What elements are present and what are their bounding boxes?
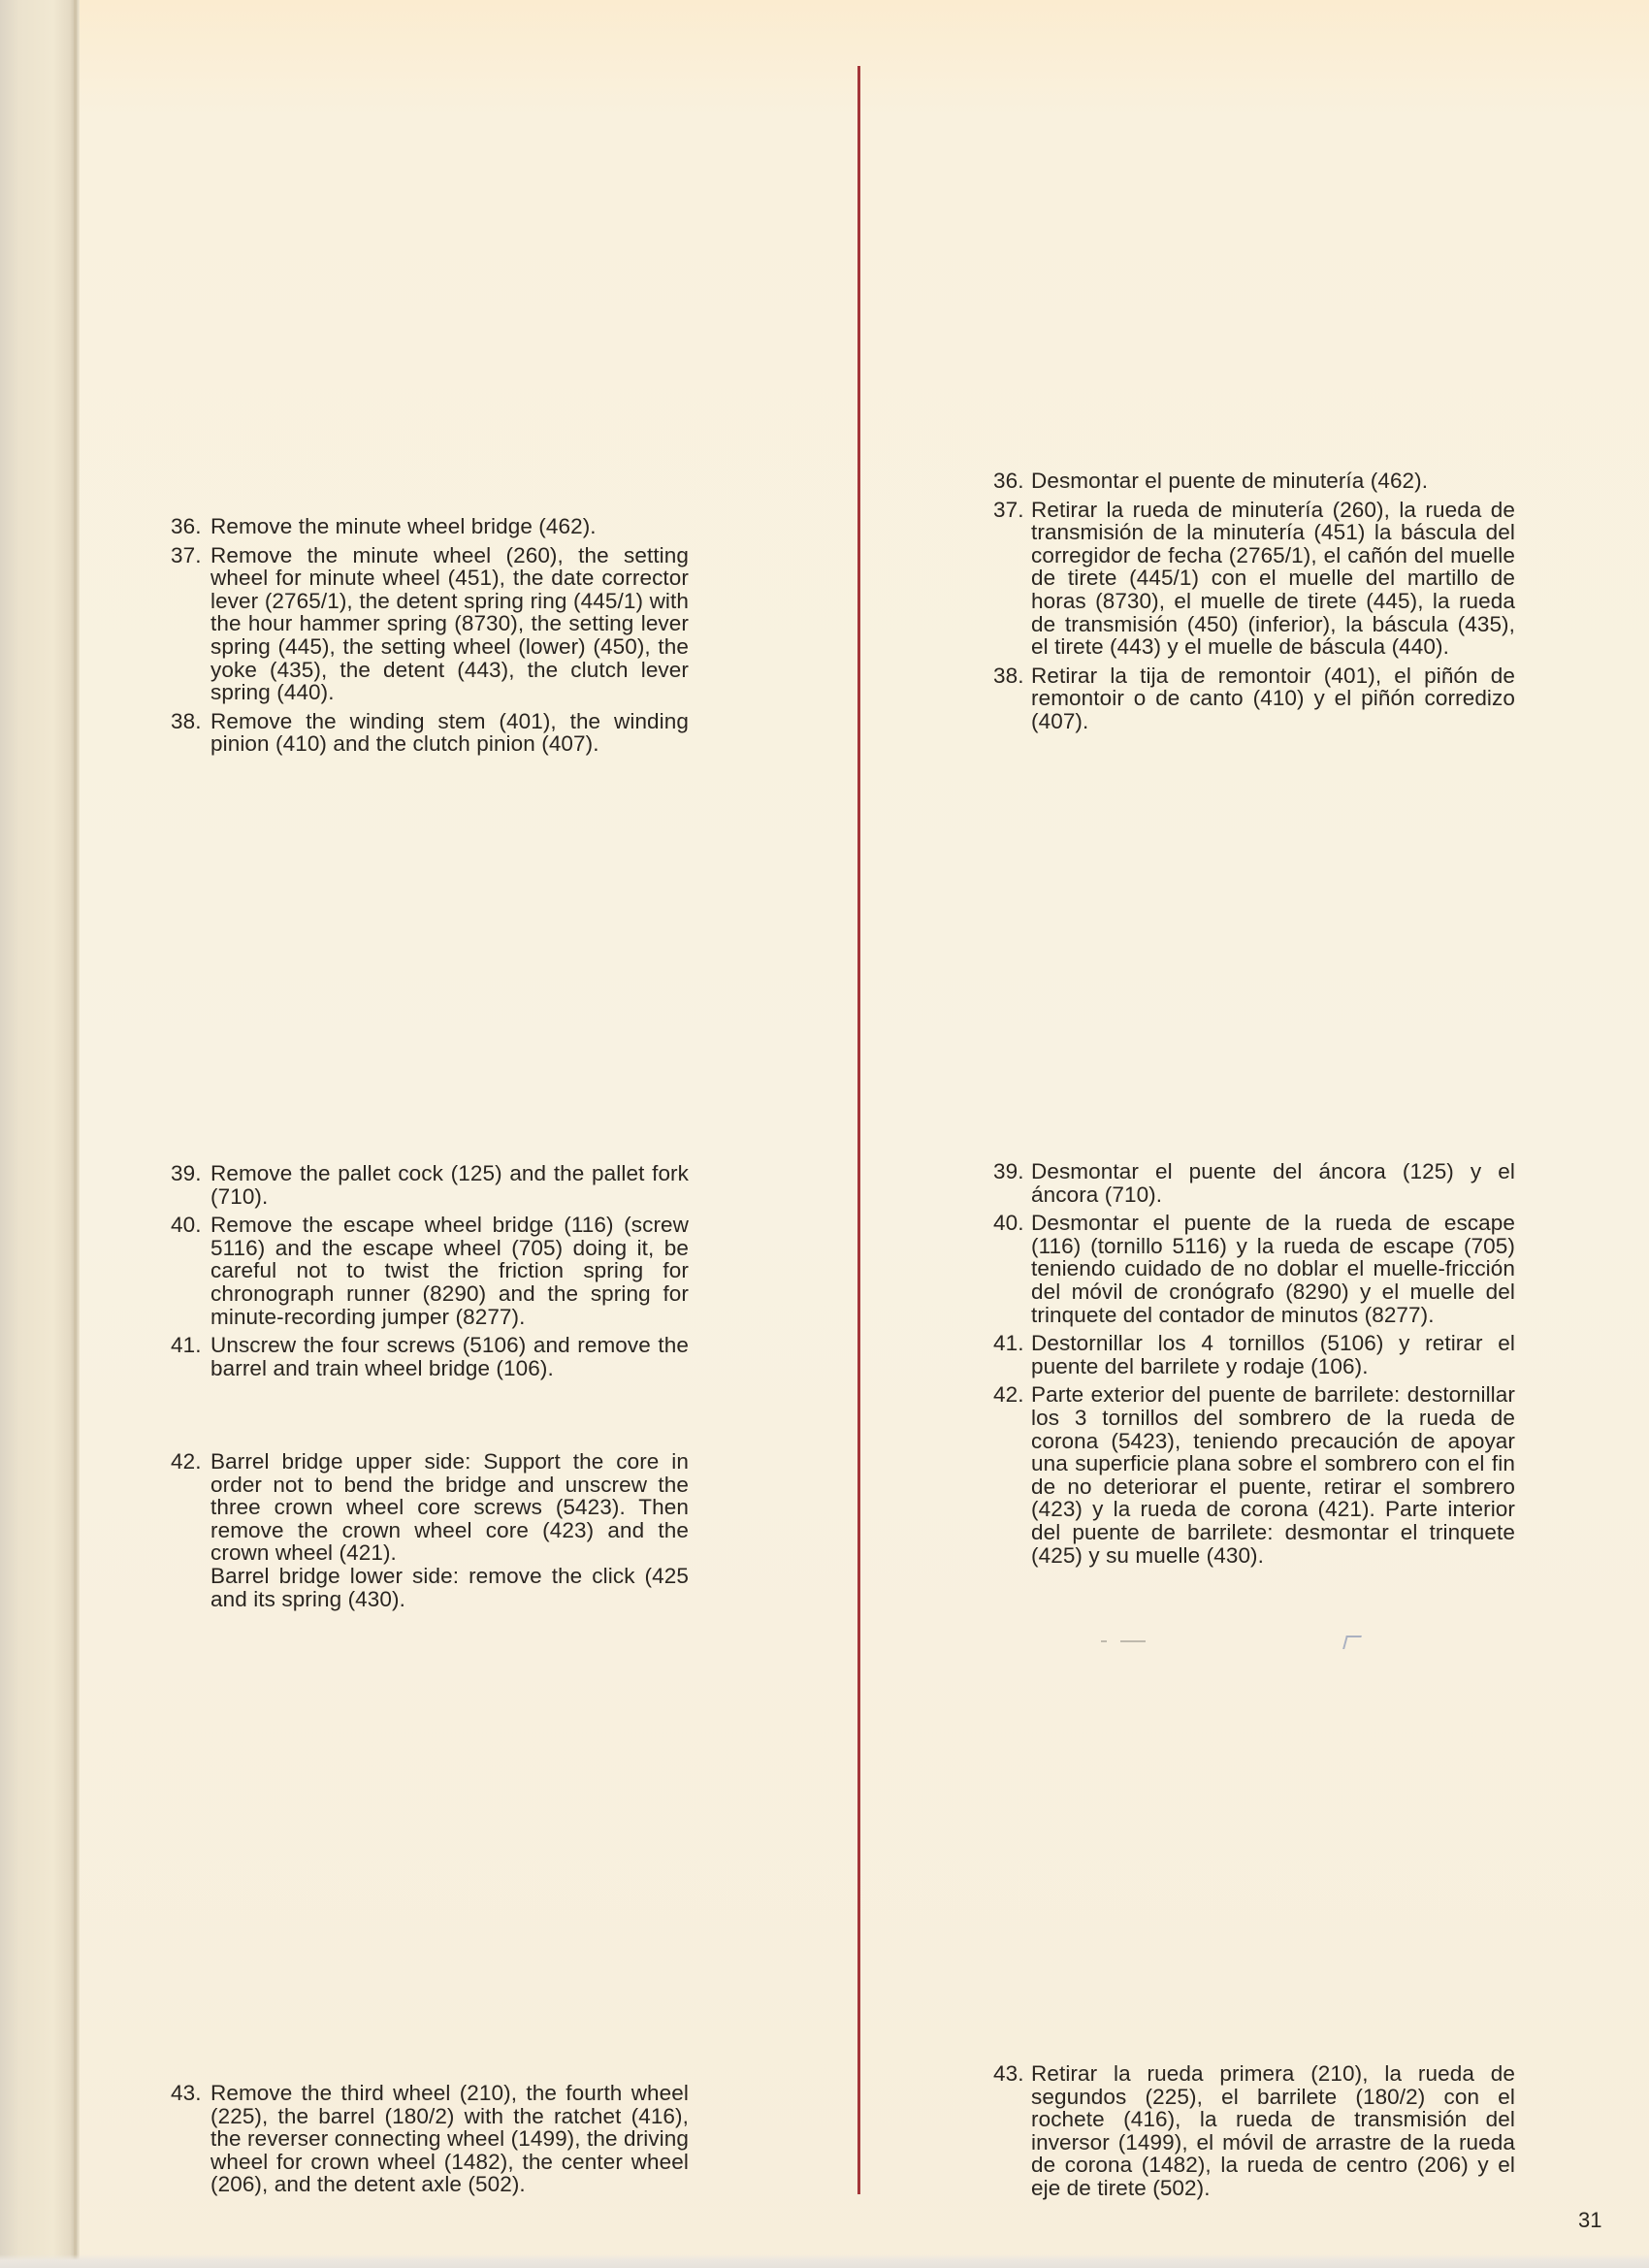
item-text: Parte exterior del puente de barrilete: … bbox=[1031, 1383, 1515, 1567]
item-text: Desmontar el puente de minutería (462). bbox=[1031, 470, 1515, 493]
list-item: 36. Desmontar el puente de minutería (46… bbox=[993, 470, 1515, 493]
item-text: Destornillar los 4 tornillos (5106) y re… bbox=[1031, 1332, 1515, 1377]
page-number: 31 bbox=[1578, 2208, 1601, 2233]
item-number: 36. bbox=[171, 515, 202, 538]
item-text: Remove the escape wheel bridge (116) (sc… bbox=[210, 1214, 689, 1328]
item-number: 42. bbox=[171, 1450, 202, 1474]
item-number: 36. bbox=[993, 470, 1024, 493]
list-item: 43. Retirar la rueda primera (210), la r… bbox=[993, 2062, 1515, 2200]
item-number: 42. bbox=[993, 1383, 1024, 1407]
english-block-2: 39. Remove the pallet cock (125) and the… bbox=[171, 1162, 689, 1385]
item-number: 41. bbox=[171, 1334, 202, 1357]
item-text: Desmontar el puente del áncora (125) y e… bbox=[1031, 1160, 1515, 1206]
list-item: 39. Desmontar el puente del áncora (125)… bbox=[993, 1160, 1515, 1206]
item-text: Retirar la rueda de minutería (260), la … bbox=[1031, 499, 1515, 659]
item-text-continued: Barrel bridge lower side: remove the cli… bbox=[210, 1565, 689, 1610]
list-item: 40. Desmontar el puente de la rueda de e… bbox=[993, 1212, 1515, 1326]
print-artifact bbox=[1342, 1636, 1362, 1649]
binding-shadow bbox=[0, 0, 80, 2268]
item-text: Retirar la rueda primera (210), la rueda… bbox=[1031, 2062, 1515, 2200]
english-block-3: 42. Barrel bridge upper side: Support th… bbox=[171, 1450, 689, 1616]
list-item: 37. Remove the minute wheel (260), the s… bbox=[171, 544, 689, 704]
print-artifact bbox=[1120, 1640, 1146, 1642]
spanish-block-2: 39. Desmontar el puente del áncora (125)… bbox=[993, 1160, 1515, 1572]
page-bottom-edge bbox=[0, 2254, 1649, 2268]
item-number: 38. bbox=[171, 710, 202, 733]
item-text: Remove the pallet cock (125) and the pal… bbox=[210, 1162, 689, 1208]
item-number: 41. bbox=[993, 1332, 1024, 1355]
item-number: 39. bbox=[171, 1162, 202, 1185]
spanish-block-4: 43. Retirar la rueda primera (210), la r… bbox=[993, 2062, 1515, 2206]
item-text: Unscrew the four screws (5106) and remov… bbox=[210, 1334, 689, 1379]
item-text: Desmontar el puente de la rueda de escap… bbox=[1031, 1212, 1515, 1326]
spanish-block-1: 36. Desmontar el puente de minutería (46… bbox=[993, 470, 1515, 739]
item-number: 37. bbox=[171, 544, 202, 567]
list-item: 37. Retirar la rueda de minutería (260),… bbox=[993, 499, 1515, 659]
item-number: 39. bbox=[993, 1160, 1024, 1183]
item-text: Remove the minute wheel (260), the setti… bbox=[210, 544, 689, 704]
list-item: 42. Barrel bridge upper side: Support th… bbox=[171, 1450, 689, 1610]
list-item: 36. Remove the minute wheel bridge (462)… bbox=[171, 515, 689, 538]
item-text: Remove the third wheel (210), the fourth… bbox=[210, 2082, 689, 2196]
item-text: Barrel bridge upper side: Support the co… bbox=[210, 1450, 689, 1565]
item-text: Remove the winding stem (401), the windi… bbox=[210, 710, 689, 756]
binding-fold bbox=[74, 0, 77, 2268]
english-block-4: 43. Remove the third wheel (210), the fo… bbox=[171, 2082, 689, 2202]
list-item: 38. Remove the winding stem (401), the w… bbox=[171, 710, 689, 756]
print-artifact bbox=[1101, 1640, 1107, 1642]
english-block-1: 36. Remove the minute wheel bridge (462)… bbox=[171, 515, 689, 761]
item-number: 43. bbox=[993, 2062, 1024, 2086]
item-text: Retirar la tija de remontoir (401), el p… bbox=[1031, 664, 1515, 733]
item-number: 40. bbox=[993, 1212, 1024, 1235]
column-divider bbox=[857, 66, 860, 2194]
list-item: 38. Retirar la tija de remontoir (401), … bbox=[993, 664, 1515, 733]
list-item: 43. Remove the third wheel (210), the fo… bbox=[171, 2082, 689, 2196]
list-item: 40. Remove the escape wheel bridge (116)… bbox=[171, 1214, 689, 1328]
item-number: 37. bbox=[993, 499, 1024, 522]
list-item: 39. Remove the pallet cock (125) and the… bbox=[171, 1162, 689, 1208]
list-item: 42. Parte exterior del puente de barrile… bbox=[993, 1383, 1515, 1567]
document-page: 36. Remove the minute wheel bridge (462)… bbox=[0, 0, 1649, 2268]
item-number: 43. bbox=[171, 2082, 202, 2105]
item-number: 38. bbox=[993, 664, 1024, 688]
list-item: 41. Unscrew the four screws (5106) and r… bbox=[171, 1334, 689, 1379]
list-item: 41. Destornillar los 4 tornillos (5106) … bbox=[993, 1332, 1515, 1377]
item-number: 40. bbox=[171, 1214, 202, 1237]
item-text: Remove the minute wheel bridge (462). bbox=[210, 515, 689, 538]
